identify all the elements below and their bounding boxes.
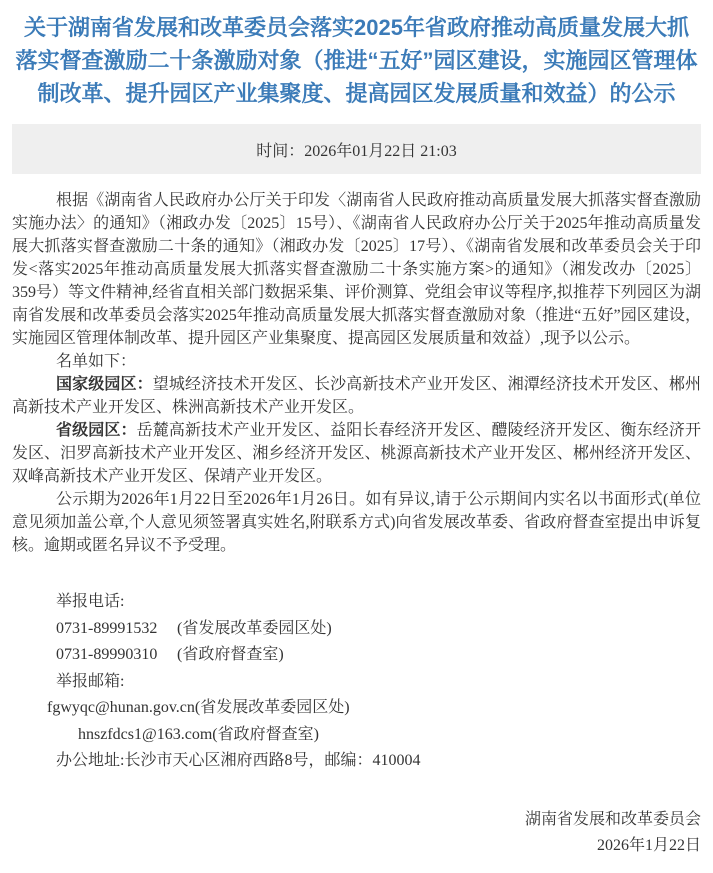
national-parks-paragraph: 国家级园区：望城经济技术开发区、长沙高新技术产业开发区、湘潭经济技术开发区、郴州…: [12, 373, 701, 419]
phone-line-parks-office: 0731-89991532(省发展改革委园区处): [12, 616, 701, 643]
signature-org: 湖南省发展和改革委员会: [12, 807, 701, 833]
email-line-parks-office: fgwyqc@hunan.gov.cn(省发展改革委园区处): [12, 695, 701, 722]
email-line-supervision-office: hnszfdcs1@163.com(省政府督查室): [12, 722, 701, 749]
provincial-parks-paragraph: 省级园区：岳麓高新技术产业开发区、益阳长春经济开发区、醴陵经济开发区、衡东经济开…: [12, 419, 701, 488]
signature-date: 2026年1月22日: [12, 833, 701, 859]
report-email-label: 举报邮箱:: [12, 669, 701, 696]
national-parks-label: 国家级园区：: [56, 376, 153, 393]
announcement-page: 关于湖南省发展和改革委员会落实2025年省政府推动高质量发展大抓落实督查激励二十…: [0, 0, 713, 873]
contact-block: 举报电话: 0731-89991532(省发展改革委园区处) 0731-8999…: [12, 589, 701, 775]
phone-number-supervision-office: 0731-89990310: [56, 642, 177, 669]
provincial-parks-label: 省级园区：: [56, 422, 137, 439]
announcement-body: 根据《湖南省人民政府办公厅关于印发〈湖南省人民政府推动高质量发展大抓落实督查激励…: [12, 189, 701, 557]
publish-time: 时间：2026年01月22日 21:03: [256, 138, 456, 161]
list-intro: 名单如下：: [12, 350, 701, 373]
phone-dept-supervision-office: (省政府督查室): [177, 646, 284, 663]
intro-paragraph: 根据《湖南省人民政府办公厅关于印发〈湖南省人民政府推动高质量发展大抓落实督查激励…: [12, 189, 701, 350]
phone-line-supervision-office: 0731-89990310(省政府督查室): [12, 642, 701, 669]
page-title: 关于湖南省发展和改革委员会落实2025年省政府推动高质量发展大抓落实督查激励二十…: [0, 0, 713, 120]
time-bar: 时间：2026年01月22日 21:03: [12, 124, 701, 174]
phone-dept-parks-office: (省发展改革委园区处): [177, 620, 332, 637]
phone-number-parks-office: 0731-89991532: [56, 616, 177, 643]
report-phone-label: 举报电话:: [12, 589, 701, 616]
signature-block: 湖南省发展和改革委员会 2026年1月22日: [12, 807, 701, 873]
office-address: 办公地址:长沙市天心区湘府西路8号，邮编：410004: [12, 748, 701, 775]
objection-notice-paragraph: 公示期为2026年1月22日至2026年1月26日。如有异议,请于公示期间内实名…: [12, 488, 701, 557]
